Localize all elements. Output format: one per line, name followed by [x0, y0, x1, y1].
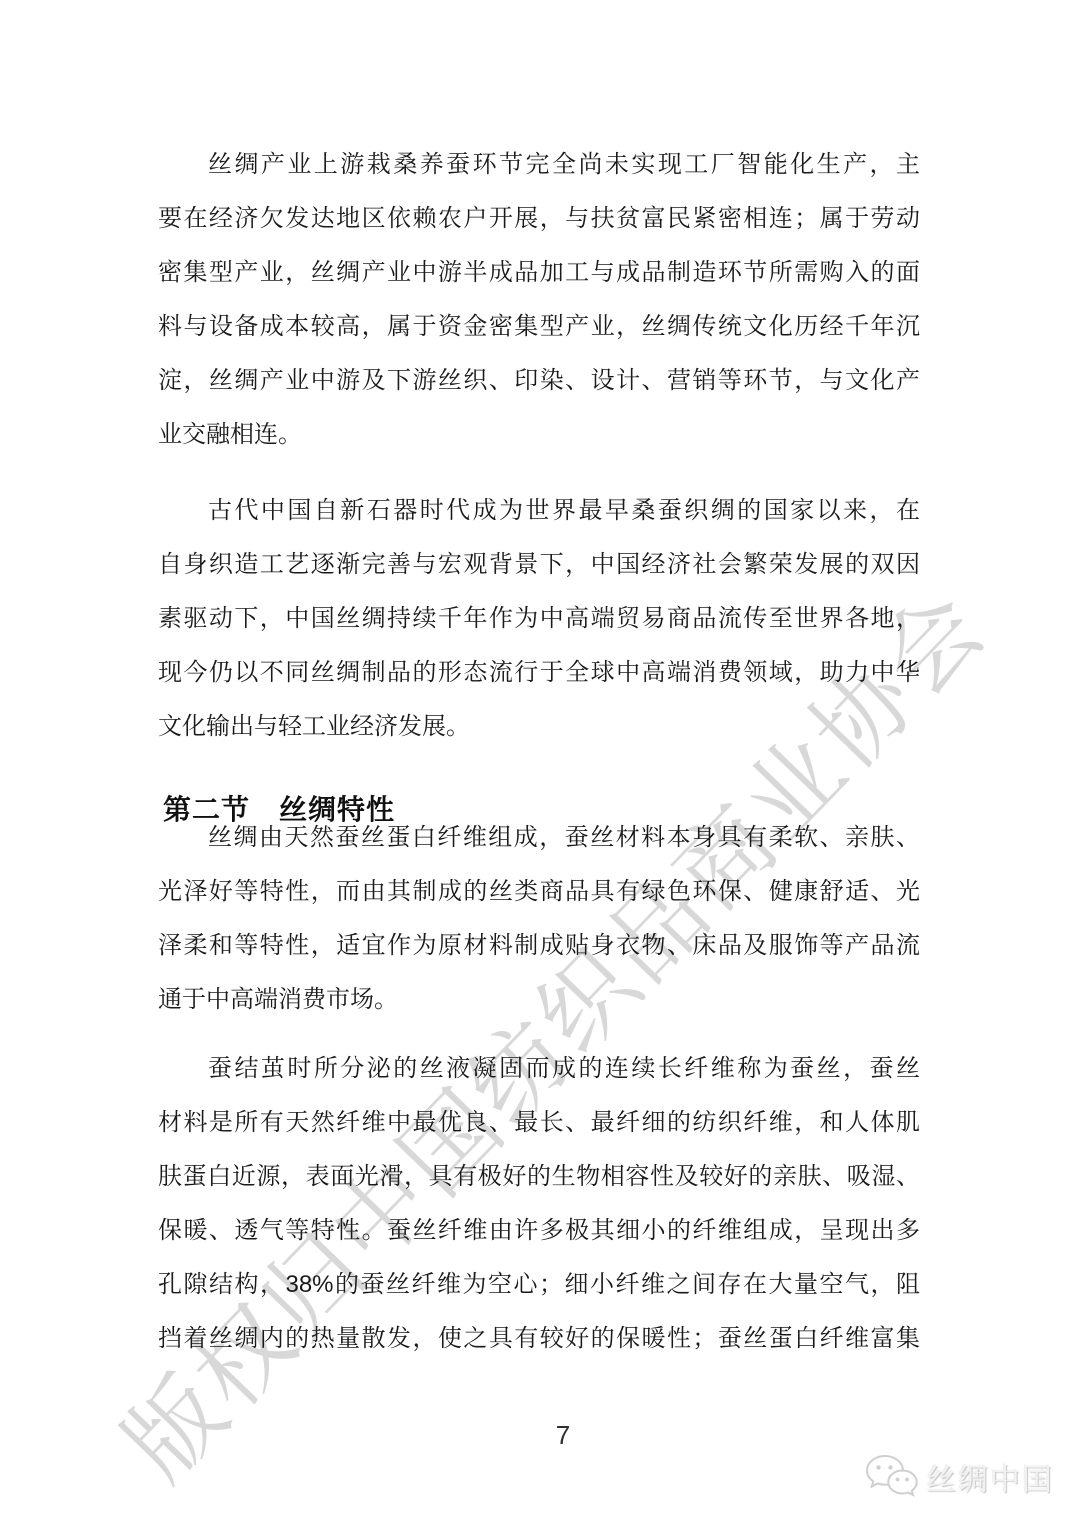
text-line: 业交融相连。: [158, 408, 920, 462]
text-line: 素驱动下，中国丝绸持续千年作为中高端贸易商品流传至世界各地，: [158, 592, 920, 646]
document-page: 版权归中国纺织品商业协会 丝绸产业上游栽桑养蚕环节完全尚未实现工厂智能化生产，主…: [0, 0, 1080, 1528]
brand-logo: 丝绸中国: [864, 1452, 1054, 1502]
text-line: 现今仍以不同丝绸制品的形态流行于全球中高端消费领域，助力中华: [158, 646, 920, 700]
text-line: 自身织造工艺逐渐完善与宏观背景下，中国经济社会繁荣发展的双因: [158, 538, 920, 592]
text-line: 挡着丝绸内的热量散发，使之具有较好的保暖性；蚕丝蛋白纤维富集: [158, 1312, 920, 1366]
paragraph: 丝绸由天然蚕丝蛋白纤维组成，蚕丝材料本身具有柔软、亲肤、光泽好等特性，而由其制成…: [158, 811, 920, 1027]
text-line: 文化输出与轻工业经济发展。: [158, 700, 920, 754]
text-line: 肤蛋白近源，表面光滑，具有极好的生物相容性及较好的亲肤、吸湿、: [158, 1150, 920, 1204]
text-line: 保暖、透气等特性。蚕丝纤维由许多极其细小的纤维组成，呈现出多: [158, 1204, 920, 1258]
paragraph: 蚕结茧时所分泌的丝液凝固而成的连续长纤维称为蚕丝，蚕丝材料是所有天然纤维中最优良…: [158, 1042, 920, 1366]
text-line: 料与设备成本较高，属于资金密集型产业，丝绸传统文化历经千年沉: [158, 300, 920, 354]
text-line: 蚕结茧时所分泌的丝液凝固而成的连续长纤维称为蚕丝，蚕丝: [158, 1042, 920, 1096]
logo-text: 丝绸中国: [926, 1455, 1054, 1499]
text-line: 要在经济欠发达地区依赖农户开展，与扶贫富民紧密相连；属于劳动: [158, 192, 920, 246]
page-number: 7: [158, 1420, 968, 1451]
text-line: 丝绸产业上游栽桑养蚕环节完全尚未实现工厂智能化生产，主: [158, 138, 920, 192]
paragraph: 丝绸产业上游栽桑养蚕环节完全尚未实现工厂智能化生产，主要在经济欠发达地区依赖农户…: [158, 138, 920, 462]
text-line: 密集型产业，丝绸产业中游半成品加工与成品制造环节所需购入的面: [158, 246, 920, 300]
text-line: 泽柔和等特性，适宜作为原材料制成贴身衣物、床品及服饰等产品流: [158, 919, 920, 973]
text-line: 古代中国自新石器时代成为世界最早桑蚕织绸的国家以来，在: [158, 484, 920, 538]
text-line: 丝绸由天然蚕丝蛋白纤维组成，蚕丝材料本身具有柔软、亲肤、: [158, 811, 920, 865]
wechat-icon: [864, 1452, 918, 1502]
text-line: 淀，丝绸产业中游及下游丝织、印染、设计、营销等环节，与文化产: [158, 354, 920, 408]
text-line: 材料是所有天然纤维中最优良、最长、最纤细的纺织纤维，和人体肌: [158, 1096, 920, 1150]
text-line: 光泽好等特性，而由其制成的丝类商品具有绿色环保、健康舒适、光: [158, 865, 920, 919]
paragraph: 古代中国自新石器时代成为世界最早桑蚕织绸的国家以来，在自身织造工艺逐渐完善与宏观…: [158, 484, 920, 754]
text-line: 孔隙结构，38%的蚕丝纤维为空心；细小纤维之间存在大量空气，阻: [158, 1258, 920, 1312]
text-line: 通于中高端消费市场。: [158, 973, 920, 1027]
